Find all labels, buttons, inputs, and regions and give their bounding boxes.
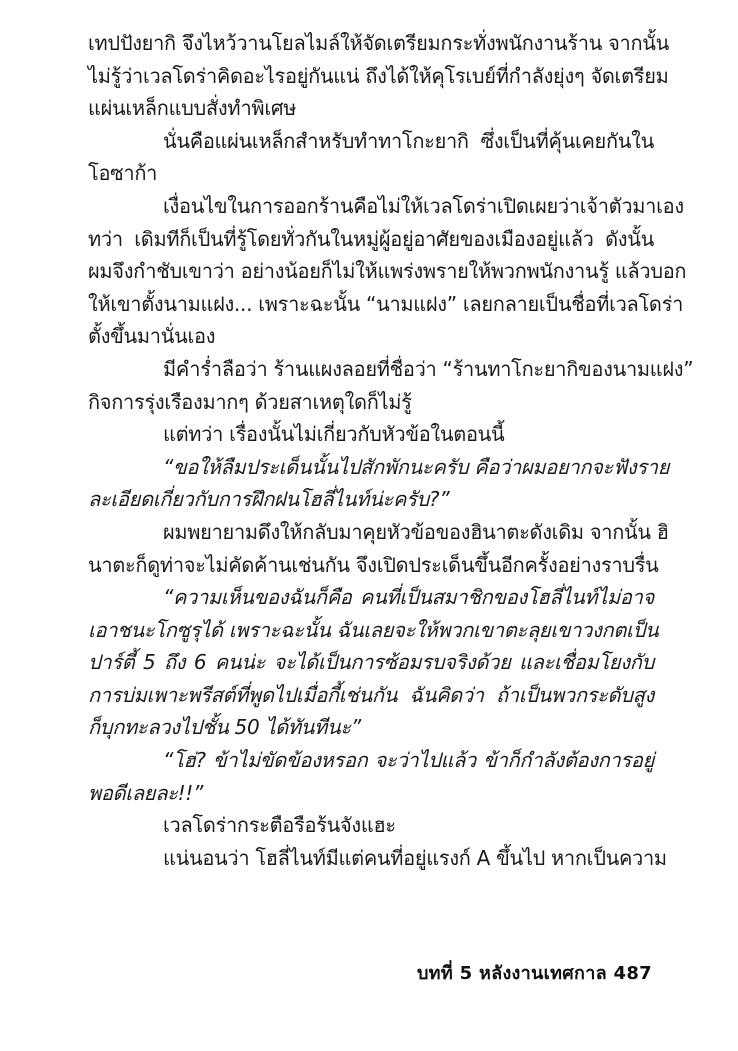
page-body: เทปปังยากิ จึงไหว้วานโยลไมล์ให้จัดเตรียม… [88,27,654,874]
text-line: กิจการรุ่งเรืองมากๆ ด้วยสาเหตุใดก็ไม่รู้ [88,386,654,419]
text-line: แผ่นเหล็กแบบสั่งทำพิเศษ [88,92,654,125]
text-line: เอาชนะโกซูรุได้ เพราะฉะนั้น ฉันเลยจะให้พ… [88,614,654,647]
text-line: นั่นคือแผ่นเหล็กสำหรับทำทาโกะยากิ ซึ่งเป… [88,125,654,158]
text-line: พอดีเลยละ!!” [88,777,654,810]
text-line: เงื่อนไขในการออกร้านคือไม่ให้เวลโดร่าเปิ… [88,190,654,223]
text-line: ให้เขาตั้งนามแฝง... เพราะฉะนั้น “นามแฝง”… [88,288,654,321]
text-line: ปาร์ตี้ 5 ถึง 6 คนน่ะ จะได้เป็นการซ้อมรบ… [88,646,654,679]
text-line: ตั้งขึ้นมานั่นเอง [88,320,654,353]
text-line: “ความเห็นของฉันก็คือ คนที่เป็นสมาชิกของโ… [88,581,654,614]
text-line: ละเอียดเกี่ยวกับการฝึกฝนโฮลี่ไนท์น่ะครับ… [88,483,654,516]
chapter-label: บทที่ 5 หลังงานเทศกาล [417,963,607,984]
page-number: 487 [614,963,652,984]
text-line: ไม่รู้ว่าเวลโดร่าคิดอะไรอยู่กันแน่ ถึงได… [88,60,654,93]
text-line: เทปปังยากิ จึงไหว้วานโยลไมล์ให้จัดเตรียม… [88,27,654,60]
page-footer: บทที่ 5 หลังงานเทศกาล 487 [417,958,652,987]
text-line: แน่นอนว่า โฮลี่ไนท์มีแต่คนที่อยู่แรงก์ A… [88,842,654,875]
text-line: “โฮ่? ข้าไม่ขัดข้องหรอก จะว่าไปแล้ว ข้าก… [88,744,654,777]
text-line: นาตะก็ดูท่าจะไม่คัดค้านเช่นกัน จึงเปิดปร… [88,549,654,582]
text-line: ก็บุกทะลวงไปชั้น 50 ได้ทันทีนะ” [88,711,654,744]
text-line: มีคำร่ำลือว่า ร้านแผงลอยที่ชื่อว่า “ร้าน… [88,353,654,386]
text-line: เวลโดร่ากระตือรือร้นจังแฮะ [88,809,654,842]
text-line: การบ่มเพาะพรีสต์ที่พูดไปเมื่อกี้เช่นกัน … [88,679,654,712]
text-line: โอซาก้า [88,157,654,190]
text-line: ผมพยายามดึงให้กลับมาคุยหัวข้อของฮินาตะดั… [88,516,654,549]
text-line: “ขอให้ลืมประเด็นนั้นไปสักพักนะครับ คือว่… [88,451,654,484]
text-line: ผมจึงกำชับเขาว่า อย่างน้อยก็ไม่ให้แพร่งพ… [88,255,654,288]
text-line: ทว่า เดิมทีก็เป็นที่รู้โดยทั่วกันในหมู่ผ… [88,223,654,256]
text-line: แต่ทว่า เรื่องนั้นไม่เกี่ยวกับหัวข้อในตอ… [88,418,654,451]
